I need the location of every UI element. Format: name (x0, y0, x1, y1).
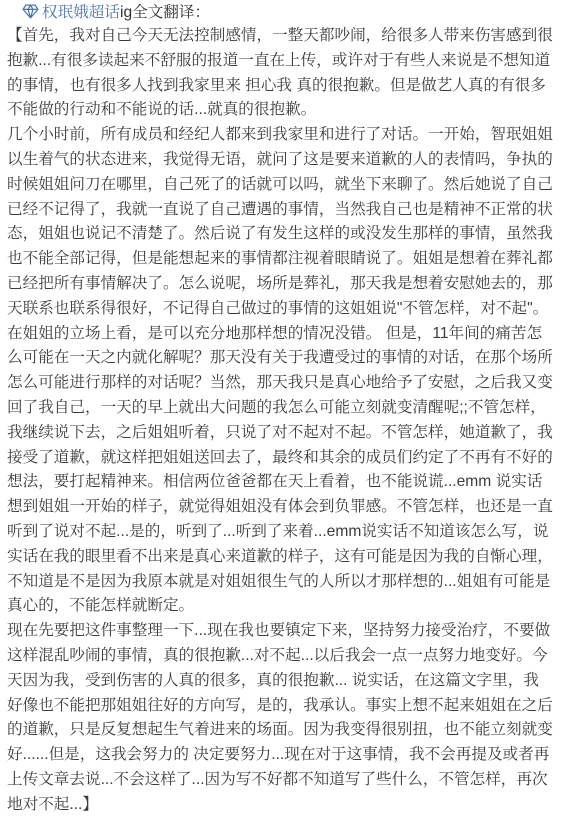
post-paragraph-1: 【首先，我对自己今天无法控制感情，一整天都吵闹，给很多人带来伤害感到很抱歉...… (7, 24, 554, 123)
supertopic-link[interactable]: 权珉娥超话 (22, 4, 120, 21)
header-caption: ig全文翻译： (120, 4, 210, 21)
post-body: 【首先，我对自己今天无法控制感情，一整天都吵闹，给很多人带来伤害感到很抱歉...… (7, 24, 554, 818)
post-paragraph-2: 几个小时前，所有成员和经纪人都来到我家里和进行了对话。一开始，智珉姐姐以生着气的… (7, 123, 554, 619)
supertopic-label: 权珉娥超话 (42, 4, 120, 21)
weibo-post-page: 权珉娥超话ig全文翻译： 【首先，我对自己今天无法控制感情，一整天都吵闹，给很多… (0, 0, 563, 818)
post-paragraph-3: 现在先要把这件事整理一下...现在我也要镇定下来，坚持努力接受治疗，不要做这样混… (7, 619, 554, 817)
gem-supertopic-icon (22, 4, 39, 19)
post-header: 权珉娥超话ig全文翻译： (22, 1, 554, 24)
